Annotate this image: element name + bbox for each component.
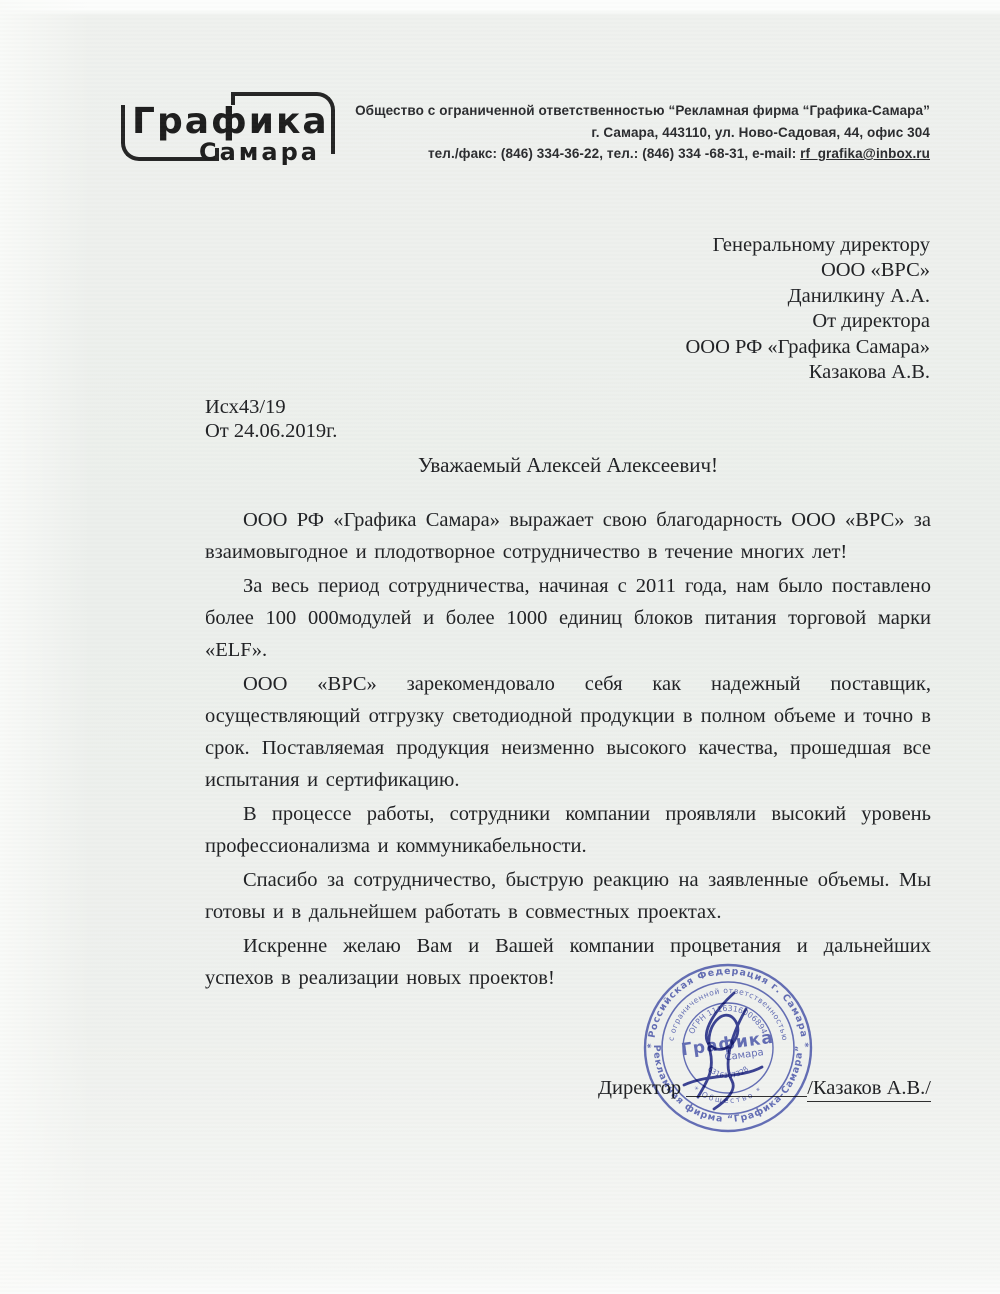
org-phones: тел./факс: (846) 334-36-22, тел.: (846) … [428, 146, 800, 161]
scanned-letter-page: Графика Самара Общество с ограниченной о… [0, 0, 1000, 1294]
body-paragraph: Спасибо за сотрудничество, быструю реакц… [205, 864, 931, 928]
logo-word-grafika: Графика [132, 104, 329, 140]
org-name-line: Общество с ограниченной ответственностью… [355, 100, 930, 122]
body-paragraph: В процессе работы, сотрудники компании п… [205, 798, 931, 862]
body-paragraph: Искренне желаю Вам и Вашей компании проц… [205, 930, 931, 994]
signer-name: /Казаков А.В./ [807, 1077, 931, 1102]
body-paragraph: ООО РФ «Графика Самара» выражает свою бл… [205, 504, 931, 568]
recipient-line: От директора [686, 309, 931, 334]
company-logo: Графика Самара [112, 82, 350, 168]
handwritten-signature-icon [676, 985, 791, 1113]
recipient-line: Генеральному директору [686, 233, 931, 258]
recipient-block: Генеральному директору ООО «ВРС» Данилки… [686, 233, 931, 385]
salutation: Уважаемый Алексей Алексеевич! [205, 450, 931, 480]
reference-number: Исх43/19 [205, 395, 337, 419]
org-email: rf_grafika@inbox.ru [800, 146, 930, 161]
reference-block: Исх43/19 От 24.06.2019г. [205, 395, 337, 443]
org-contacts-line: тел./факс: (846) 334-36-22, тел.: (846) … [355, 143, 930, 165]
reference-date: От 24.06.2019г. [205, 419, 337, 443]
org-address-line: г. Самара, 443110, ул. Ново-Садовая, 44,… [355, 122, 930, 144]
recipient-line: Казакова А.В. [686, 360, 931, 385]
recipient-line: ООО «ВРС» [686, 258, 931, 283]
body-paragraph: ООО «ВРС» зарекомендовало себя как надеж… [205, 668, 931, 796]
body-paragraph: За весь период сотрудничества, начиная с… [205, 570, 931, 666]
letterhead-org-info: Общество с ограниченной ответственностью… [355, 100, 930, 165]
recipient-line: ООО РФ «Графика Самара» [686, 335, 931, 360]
letter-body: Уважаемый Алексей Алексеевич! ООО РФ «Гр… [205, 450, 931, 996]
recipient-line: Данилкину А.А. [686, 284, 931, 309]
logo-word-samara: Самара [199, 140, 320, 164]
